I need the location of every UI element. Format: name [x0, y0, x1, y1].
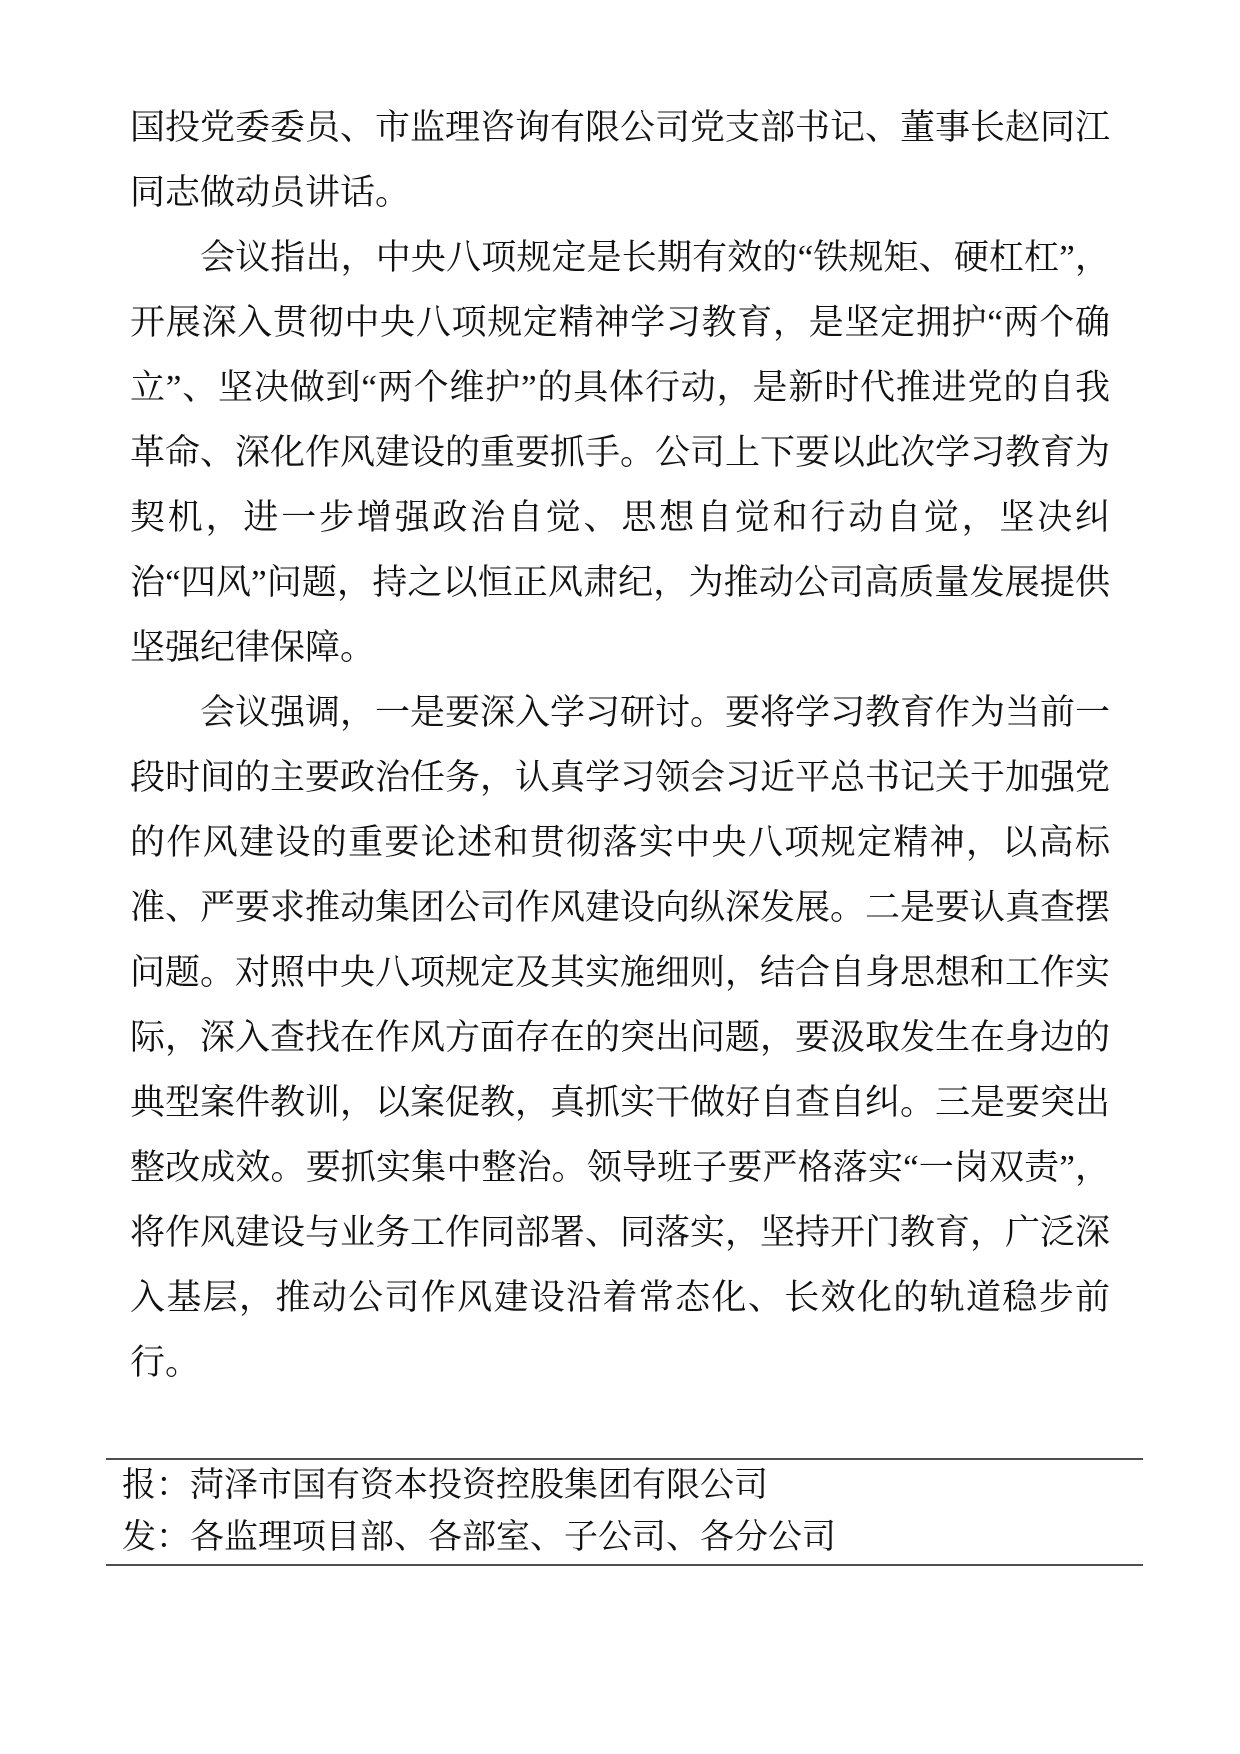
- document-body: 国投党委委员、市监理咨询有限公司党支部书记、董事长赵同江同志做动员讲话。 会议指…: [130, 95, 1110, 1395]
- footer-distribution-line: 发：各监理项目部、各部室、子公司、各分公司: [106, 1512, 1143, 1564]
- document-page: 国投党委委员、市监理咨询有限公司党支部书记、董事长赵同江同志做动员讲话。 会议指…: [0, 0, 1240, 1754]
- paragraph-meeting-emphasized: 会议强调，一是要深入学习研讨。要将学习教育作为当前一段时间的主要政治任务，认真学…: [130, 680, 1110, 1395]
- footer-report-line: 报：菏泽市国有资本投资控股集团有限公司: [106, 1460, 1143, 1512]
- document-footer: 报：菏泽市国有资本投资控股集团有限公司 发：各监理项目部、各部室、子公司、各分公…: [106, 1458, 1143, 1566]
- paragraph-continuation: 国投党委委员、市监理咨询有限公司党支部书记、董事长赵同江同志做动员讲话。: [130, 95, 1110, 225]
- paragraph-meeting-pointed-out: 会议指出，中央八项规定是长期有效的“铁规矩、硬杠杠”，开展深入贯彻中央八项规定精…: [130, 225, 1110, 680]
